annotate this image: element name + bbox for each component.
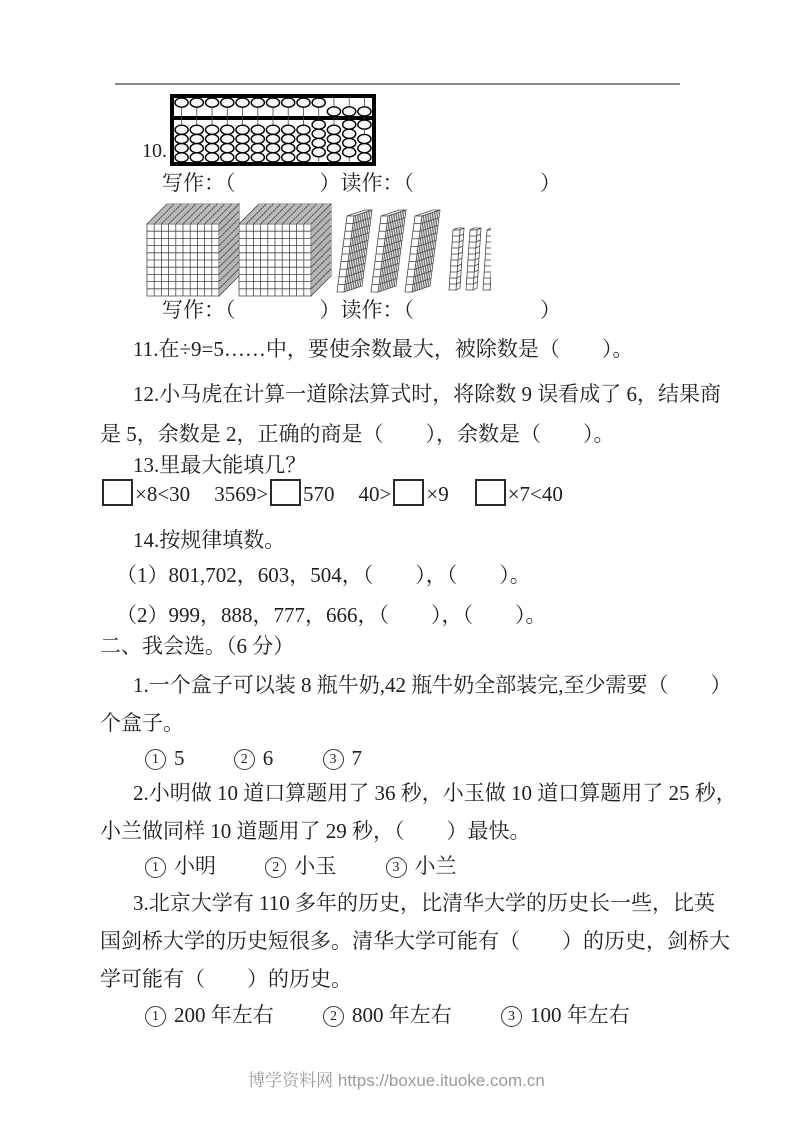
- q10-caption-2: 写作：（ ）读作：（ ）: [162, 297, 561, 323]
- option-item: 37: [323, 746, 363, 770]
- option-label: 100 年左右: [530, 1003, 630, 1027]
- circled-number-icon: 2: [234, 749, 255, 770]
- circled-number-icon: 1: [145, 857, 166, 878]
- option-item: 1小明: [145, 854, 216, 878]
- option-item: 2小玉: [265, 854, 336, 878]
- option-label: 5: [174, 746, 185, 770]
- option-label: 7: [352, 746, 363, 770]
- q13-expr3-suffix: ×9: [426, 482, 448, 506]
- fill-box: [270, 479, 301, 506]
- option-label: 小兰: [415, 854, 457, 878]
- sb-q3-line-2: 国剑桥大学的历史短很多。清华大学可能有（ ）的历史，剑桥大: [100, 928, 730, 954]
- sb-q2-options: 1小明 2小玉 3小兰: [145, 853, 501, 879]
- q12-line-1: 12.小马虎在计算一道除法算式时，将除数 9 误看成了 6，结果商: [133, 381, 721, 407]
- base-ten-blocks-image: [145, 200, 491, 305]
- sb-q2-line-2: 小兰做同样 10 道题用了 29 秒，（ ）最快。: [100, 818, 531, 844]
- abacus-image: [170, 94, 376, 171]
- q11-text: 11.在÷9=5……中，要使余数最大，被除数是（ ）。: [133, 336, 633, 362]
- sb-q1-options: 15 26 37: [145, 745, 406, 771]
- q10-number: 10.: [142, 138, 167, 164]
- q12-line-2: 是 5，余数是 2，正确的商是（ ），余数是（ ）。: [100, 421, 615, 447]
- sb-q1-line-1: 1.一个盒子可以装 8 瓶牛奶,42 瓶牛奶全部装完,至少需要（ ）: [133, 672, 732, 698]
- header-rule: [115, 83, 680, 85]
- q13-expr4: ×7<40: [508, 482, 563, 506]
- circled-number-icon: 1: [145, 1006, 166, 1027]
- option-item: 3小兰: [386, 854, 457, 878]
- option-label: 6: [263, 746, 274, 770]
- sb-q3-line-1: 3.北京大学有 110 多年的历史，比清华大学的历史长一些，比英: [133, 890, 715, 916]
- option-item: 26: [234, 746, 274, 770]
- fill-box: [475, 479, 506, 506]
- q14-title: 14.按规律填数。: [133, 527, 285, 553]
- q13-title: 13.里最大能填几？: [133, 452, 306, 478]
- circled-number-icon: 2: [323, 1006, 344, 1027]
- q13-expr2-prefix: 3569>: [214, 482, 268, 506]
- worksheet-page: 10. 写作：（ ）读作：（ ） 写作：（ ）读作：（ ） 11.在÷9=5………: [0, 0, 793, 1122]
- option-label: 小玉: [294, 854, 336, 878]
- circled-number-icon: 1: [145, 749, 166, 770]
- q14-item-2: （2）999，888，777，666，（ ），（ ）。: [116, 602, 547, 628]
- q13-expr2-suffix: 570: [303, 482, 335, 506]
- circled-number-icon: 3: [323, 749, 344, 770]
- option-label: 200 年左右: [174, 1003, 274, 1027]
- q10-caption-1: 写作：（ ）读作：（ ）: [162, 170, 561, 196]
- fill-box: [102, 479, 133, 506]
- footer-text: 博学资料网 https://boxue.ituoke.com.cn: [0, 1066, 793, 1091]
- circled-number-icon: 2: [265, 857, 286, 878]
- option-item: 15: [145, 746, 185, 770]
- circled-number-icon: 3: [501, 1006, 522, 1027]
- q14-item-1: （1）801,702，603，504，（ ），（ ）。: [116, 562, 531, 588]
- q13-expressions: ×8<303569>57040>×9×7<40: [100, 479, 563, 507]
- sb-q2-line-1: 2.小明做 10 道口算题用了 36 秒，小玉做 10 道口算题用了 25 秒，: [133, 780, 737, 806]
- section-b-title: 二、我会选。（6 分）: [100, 633, 294, 659]
- q13-expr3-prefix: 40>: [359, 482, 392, 506]
- sb-q3-options: 1200 年左右 2800 年左右 3100 年左右: [145, 1002, 674, 1028]
- option-label: 800 年左右: [352, 1003, 452, 1027]
- circled-number-icon: 3: [386, 857, 407, 878]
- fill-box: [393, 479, 424, 506]
- option-item: 2800 年左右: [323, 1003, 452, 1027]
- option-label: 小明: [174, 854, 216, 878]
- q13-expr1: ×8<30: [135, 482, 190, 506]
- option-item: 3100 年左右: [501, 1003, 630, 1027]
- sb-q1-line-2: 个盒子。: [100, 710, 184, 736]
- sb-q3-line-3: 学可能有（ ）的历史。: [100, 966, 352, 992]
- option-item: 1200 年左右: [145, 1003, 274, 1027]
